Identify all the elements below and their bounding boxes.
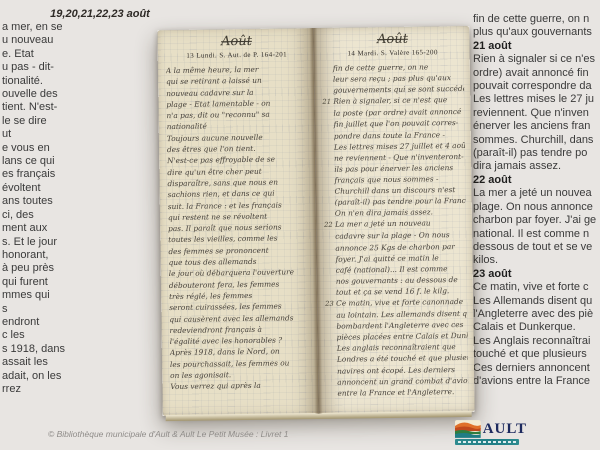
transcript-line: e. Etat: [2, 48, 122, 61]
transcript-line: s: [2, 303, 122, 316]
transcript-line: touché et que plusieurs: [473, 348, 600, 361]
handwriting-text: annonce 25 Kgs de charbon par: [335, 242, 455, 253]
transcript-line: qui furent: [2, 276, 122, 289]
handwriting-text: tout et ça se vend 16 f. le kilg.: [336, 286, 449, 297]
handwriting-line: qui causèrent avec les allemands: [169, 312, 311, 325]
transcript-line: tionalité.: [2, 75, 122, 88]
transcript-line: 22 août: [473, 174, 600, 187]
transcript-line: es français: [2, 168, 122, 181]
handwriting-right: fin de cette guerre, on ne leur sera reç…: [322, 61, 469, 399]
transcript-line: kilos.: [473, 254, 600, 267]
handwriting-text: au lointain. Les allemands disent qu'ils: [336, 309, 467, 320]
journal-right-page: Août 14 Mardi. S. Valère 165-200 fin de …: [313, 26, 474, 414]
journal-photo: Août 13 Lundi. S. Aut. de P. 164-201 A l…: [157, 26, 474, 416]
transcript-line: u nouveau: [2, 34, 122, 47]
handwriting-text: Churchill dans un discours n'est: [335, 185, 456, 196]
handwriting-text: gouvernements qui se sont succédé.: [333, 84, 464, 95]
handwriting-text: (paraît-il) pas tendre pour la France.: [335, 196, 466, 207]
transcript-line: mmes qui: [2, 289, 122, 302]
transcript-line: Rien à signaler si ce n'es: [473, 53, 600, 66]
handwriting-text: ne reviennent - Que n'inventeront-: [334, 152, 464, 163]
handwriting-text: foyer. J'ai quitté ce matin le: [335, 253, 438, 263]
margin-day-number: 21: [322, 97, 333, 108]
transcript-line: ordre) avait annoncé fin: [473, 67, 600, 80]
copyright-footer: © Bibliothèque municipale d'Ault & Ault …: [48, 429, 368, 439]
transcript-line: le se dire: [2, 115, 122, 128]
transcript-line: plus qu'aux gouvernants: [473, 26, 600, 39]
transcript-line: 23 août: [473, 268, 600, 281]
handwriting-text: Londres a été touché et que plusieurs: [337, 353, 468, 364]
transcript-line: Ce matin, vive et forte c: [473, 281, 600, 294]
slide-canvas: 19,20,21,22,23 août a mer, en se u nouve…: [0, 0, 600, 450]
transcript-line: l'Angleterre avec des piè: [473, 308, 600, 321]
transcript-line: a mer, en se: [2, 21, 122, 34]
handwritten-month-left: Août: [165, 33, 307, 52]
transcript-line: national. Il est comme n: [473, 228, 600, 241]
handwriting-text: pièces placées entre Calais et Dunkerque…: [337, 331, 468, 342]
transcript-line: c les: [2, 329, 122, 342]
transcript-line: s 1918, dans: [2, 343, 122, 356]
handwriting-text: annoncent un grand combat d'avions: [337, 375, 468, 386]
handwriting-text: Ce matin, vive et forte canonnade: [336, 297, 463, 308]
transcript-line: reviennent. Que n'inven: [473, 107, 600, 120]
transcript-line: fin de cette guerre, on n: [473, 13, 600, 26]
transcript-line: sommes. Churchill, dans: [473, 134, 600, 147]
handwriting-text: cadavre sur la plage - On nous: [335, 231, 450, 242]
transcript-line: d'avions entre la France: [473, 375, 600, 388]
handwriting-left: A la même heure, la mer qui se retirant …: [166, 63, 313, 393]
transcript-line: e vous en: [2, 142, 122, 155]
handwriting-line: le jour où débarquera l'ouverture: [169, 266, 311, 279]
ault-emblem-icon: [455, 420, 481, 438]
margin-day-number: 22: [324, 220, 335, 231]
transcript-line: lans ce qui: [2, 155, 122, 168]
handwriting-text: La mer a jeté un nouveau: [335, 219, 431, 229]
handwriting-text: entre la France et l'Angleterre.: [337, 387, 454, 398]
ault-logo: AULT: [455, 417, 527, 447]
transcript-line: assait les: [2, 356, 122, 369]
slide-title: 19,20,21,22,23 août: [20, 8, 180, 20]
printed-date-header-right: 14 Mardi. S. Valère 165-200: [322, 48, 464, 61]
transcript-line: Les lettres mises le 27 ju: [473, 93, 600, 106]
handwriting-line: ils pas pour énerver les anciens: [323, 162, 465, 175]
transcript-line: 21 août: [473, 40, 600, 53]
left-transcript-column: a mer, en se u nouveau e. Etat u pas - d…: [2, 21, 122, 401]
ault-logo-text: AULT: [483, 420, 527, 438]
handwriting-text: leur sera reçu ; pas plus qu'aux: [333, 73, 451, 84]
handwriting-text: fin de cette guerre, on ne: [333, 62, 428, 72]
transcript-line: ouvelle des: [2, 88, 122, 101]
transcript-line: ans toutes: [2, 195, 122, 208]
handwriting-text: fin juillet que l'on pouvait corres-: [334, 118, 459, 129]
ault-logo-row: AULT: [455, 417, 527, 438]
transcript-line: ment aux: [2, 222, 122, 235]
handwriting-text: navires ont écopé. Les derniers: [337, 365, 455, 376]
transcript-line: ut: [2, 128, 122, 141]
handwriting-text: pondre dans toute la France -: [334, 130, 445, 141]
transcript-line: dira jamais assez.: [473, 160, 600, 173]
handwriting-text: nos gouvernants : au dessous de: [336, 275, 458, 286]
handwritten-month-right: Août: [321, 31, 463, 50]
handwriting-line: Vous verrez qui après la: [170, 379, 312, 392]
handwriting-text: Les anglais reconnaîtraient que: [337, 342, 456, 353]
journal-left-page: Août 13 Lundi. S. Aut. de P. 164-201 A l…: [157, 28, 318, 416]
transcript-line: u pas - dit-: [2, 61, 122, 74]
handwriting-text: bombardent l'Angleterre avec ces: [336, 320, 463, 331]
transcript-line: pouvait correspondre da: [473, 80, 600, 93]
transcript-line: Les Allemands disent qu: [473, 295, 600, 308]
transcript-line: dessous de tout et se ve: [473, 241, 600, 254]
transcript-line: Calais et Dunkerque.: [473, 321, 600, 334]
handwriting-text: Rien à signaler, si ce n'est que: [333, 95, 447, 106]
printed-date-header-left: 13 Lundi. S. Aut. de P. 164-201: [166, 50, 308, 63]
transcript-line: adait, on les: [2, 370, 122, 383]
transcript-line: énerver les anciens fran: [473, 120, 600, 133]
margin-day-number: 23: [325, 299, 336, 310]
transcript-line: La mer a jeté un nouvea: [473, 187, 600, 200]
transcript-line: plage. On nous annonce: [473, 201, 600, 214]
handwriting-line: annonce 25 Kgs de charbon par: [324, 240, 466, 253]
transcript-line: endront: [2, 316, 122, 329]
ault-logo-banner: [455, 439, 519, 445]
transcript-line: évoltent: [2, 182, 122, 195]
handwriting-text: ils pas pour énerver les anciens: [334, 163, 453, 174]
handwriting-line: entre la France et l'Angleterre.: [326, 386, 468, 399]
transcript-line: Ces derniers annoncent: [473, 362, 600, 375]
handwriting-text: la poste (par ordre) avait annoncé: [333, 107, 461, 118]
handwriting-text: français que nous sommes -: [334, 174, 438, 184]
transcript-line: (paraît-il) pas tendre po: [473, 147, 600, 160]
transcript-line: charbon par foyer. J'ai ge: [473, 214, 600, 227]
transcript-line: honorant,: [2, 249, 122, 262]
transcript-line: ci, des: [2, 209, 122, 222]
handwriting-text: Les lettres mises 27 juillet et 4 août: [334, 141, 465, 152]
transcript-line: s. Et le jour: [2, 236, 122, 249]
handwriting-text: café (national)... Il est comme: [336, 264, 448, 275]
right-transcript-column: fin de cette guerre, on n plus qu'aux go…: [473, 13, 600, 409]
transcript-line: tient. N'est-: [2, 101, 122, 114]
transcript-line: Les Anglais reconnaîtrai: [473, 335, 600, 348]
handwriting-text: On n'en dira jamais assez.: [335, 208, 433, 218]
transcript-line: rrez: [2, 383, 122, 396]
transcript-line: à peu près: [2, 262, 122, 275]
